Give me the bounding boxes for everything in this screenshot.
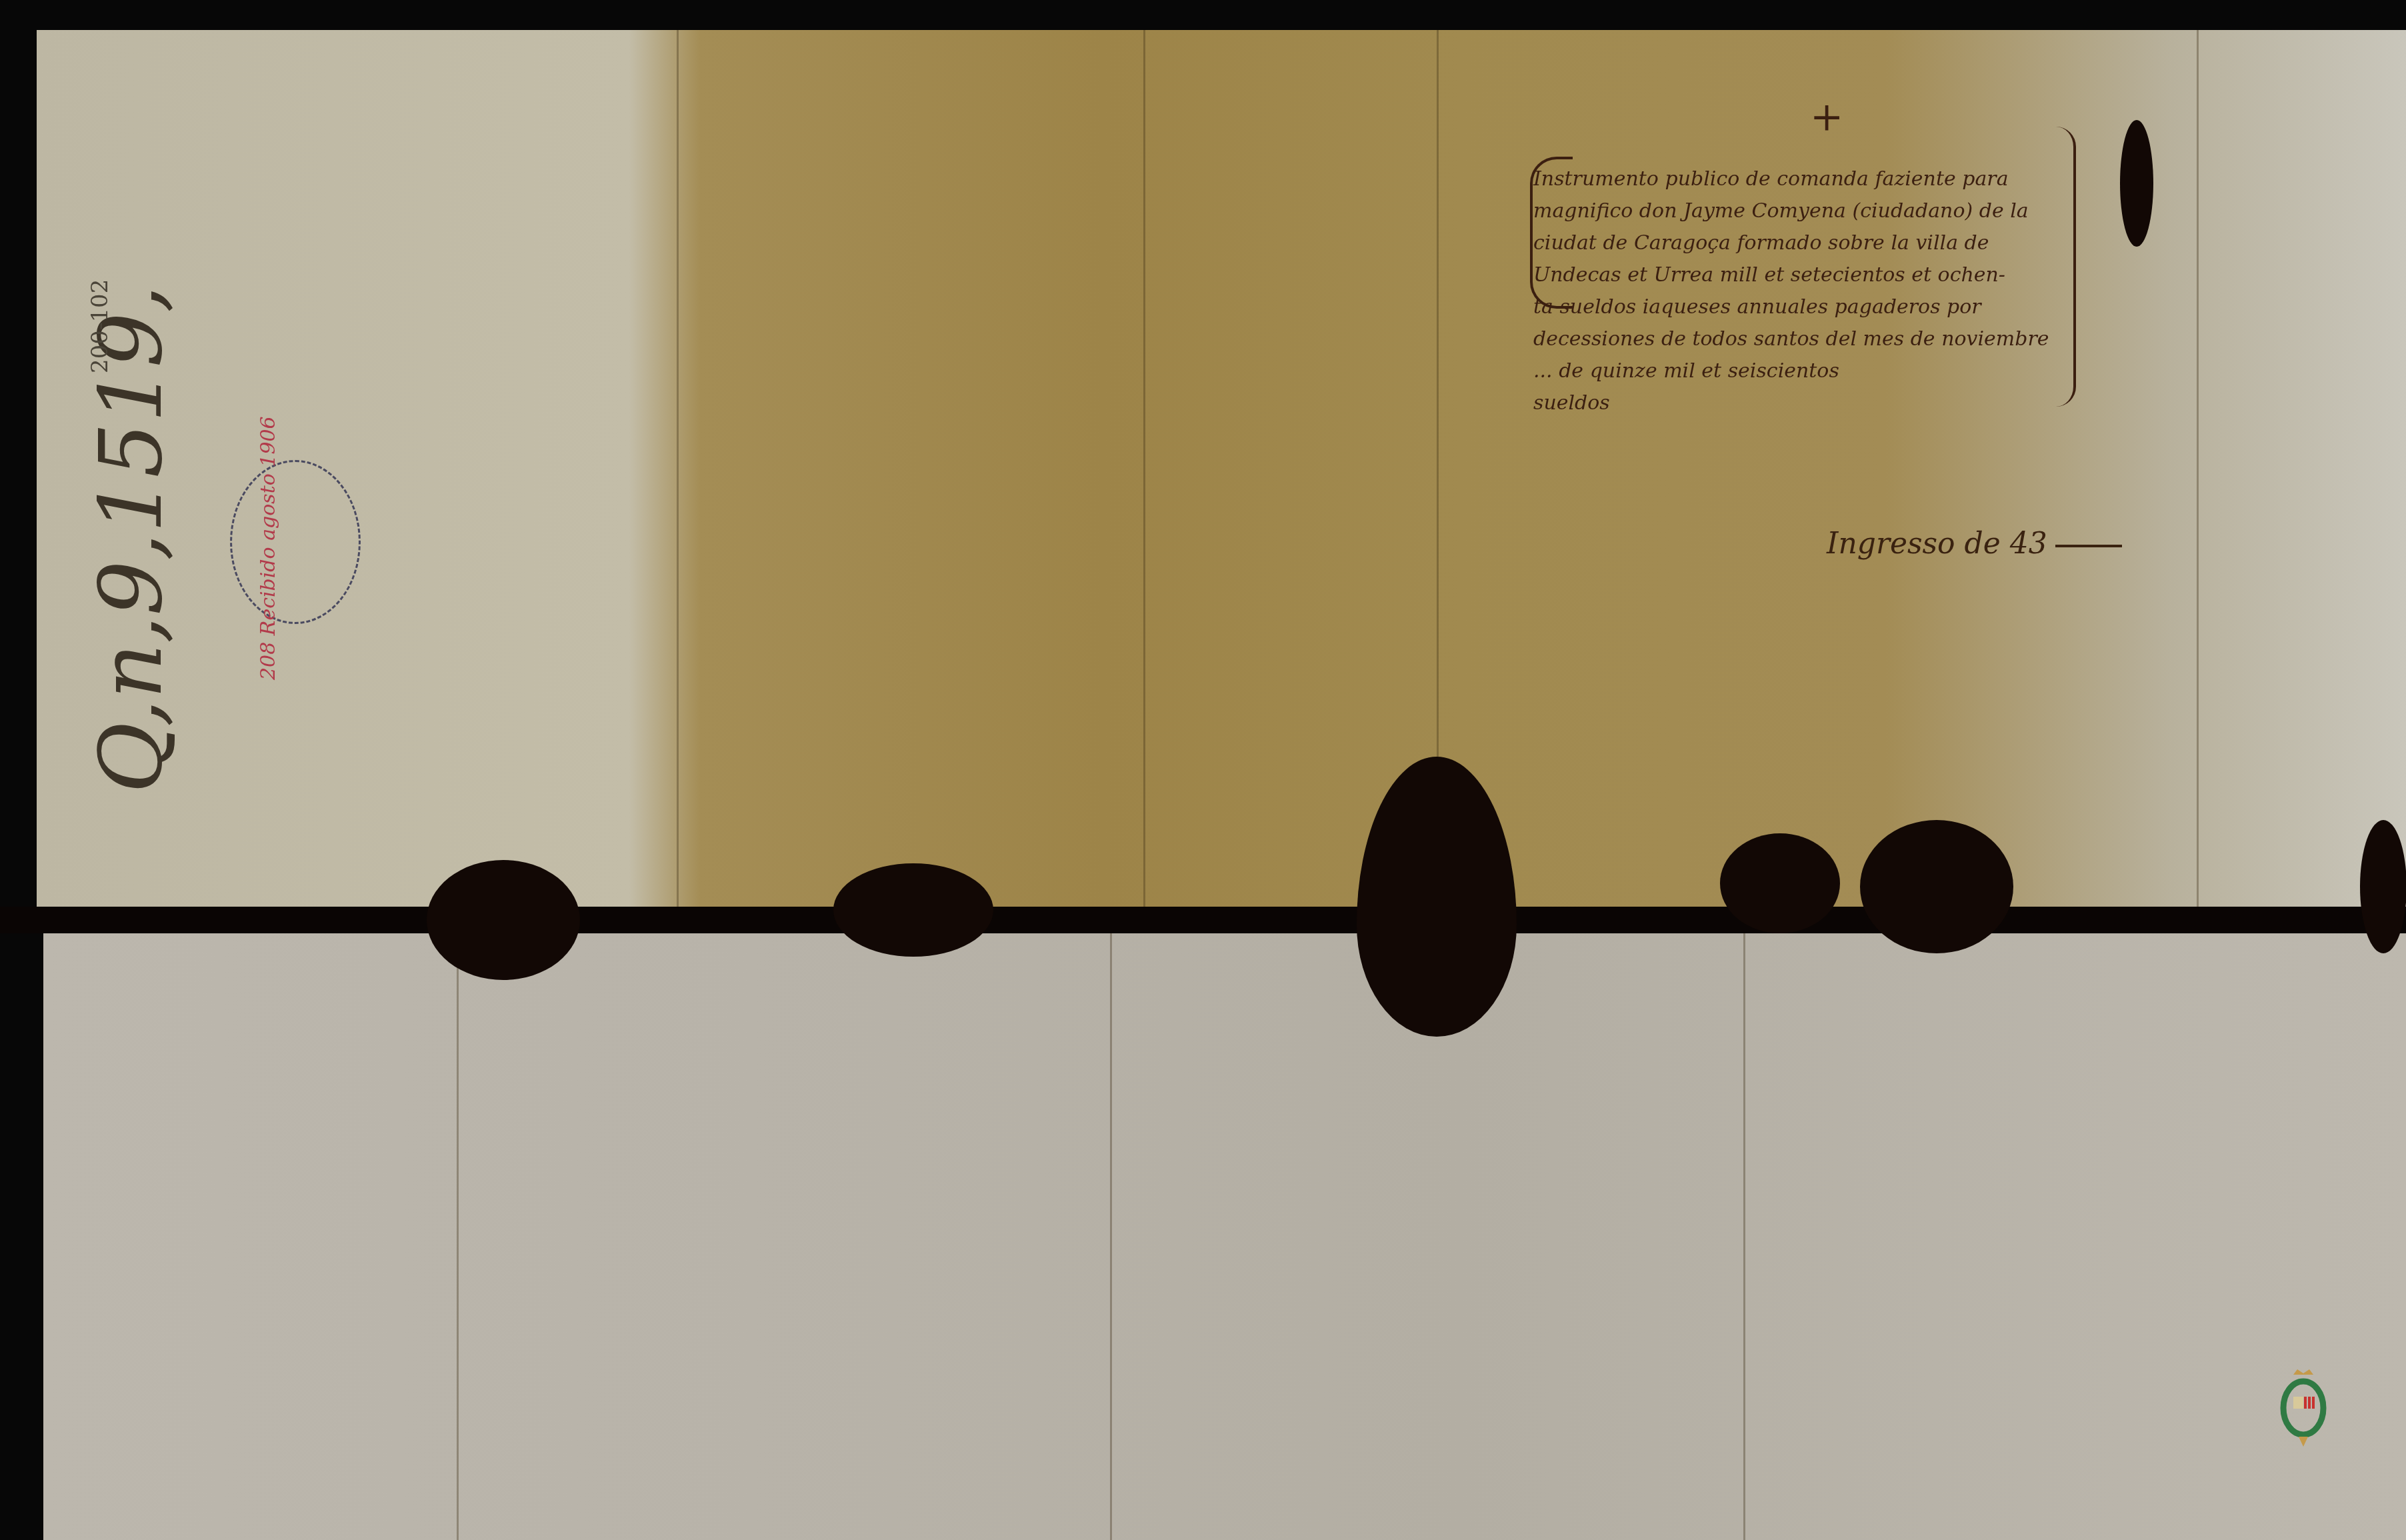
red-note-number: 208 (257, 642, 280, 680)
damage-hole (2120, 120, 2153, 247)
cross-mark: + (1810, 93, 1843, 140)
endorsement-line: Undecas et Urrea mill et setecientos et … (1533, 259, 2087, 291)
endorsement-line: ciudat de Caragoça formado sobre la vill… (1533, 227, 2087, 259)
endorsement-line: magnifico don Jayme Comyena (ciudadano) … (1533, 195, 2087, 227)
fold-line (1143, 30, 1145, 920)
endorsement-line: ta sueldos iaqueses annuales pagaderos p… (1533, 291, 2087, 323)
red-archival-note: 208 Recibido agosto 1906 (257, 416, 280, 680)
archive-stamp (230, 460, 361, 624)
endorsement-line: ... de quinze mil et seiscientos (1533, 355, 2087, 387)
fold-line (677, 30, 679, 920)
damage-hole (427, 860, 580, 980)
ingreso-annotation: Ingresso de 43 (1827, 527, 2122, 561)
fold-line (1743, 933, 1745, 1540)
reference-number: 200-102 (87, 279, 113, 373)
damage-hole (833, 863, 993, 957)
endorsement-line: Instrumento publico de comanda faziente … (1533, 163, 2087, 195)
red-note-text: Recibido agosto 1906 (257, 416, 280, 635)
endorsement-line: decessiones de todos santos del mes de n… (1533, 323, 2087, 355)
coat-of-arms-icon (2273, 1367, 2333, 1453)
damage-hole (1860, 820, 2013, 953)
horizontal-tear (0, 907, 2406, 933)
endorsement-line: sueldos (1533, 387, 2087, 419)
fold-line (457, 933, 459, 1540)
endorsement-text: Instrumento publico de comanda faziente … (1533, 163, 2087, 419)
damage-hole (2360, 820, 2406, 953)
fold-line (1110, 933, 1112, 1540)
damage-hole (1720, 833, 1840, 933)
fold-line (2197, 30, 2199, 920)
parchment-lower-panel (43, 933, 2406, 1540)
